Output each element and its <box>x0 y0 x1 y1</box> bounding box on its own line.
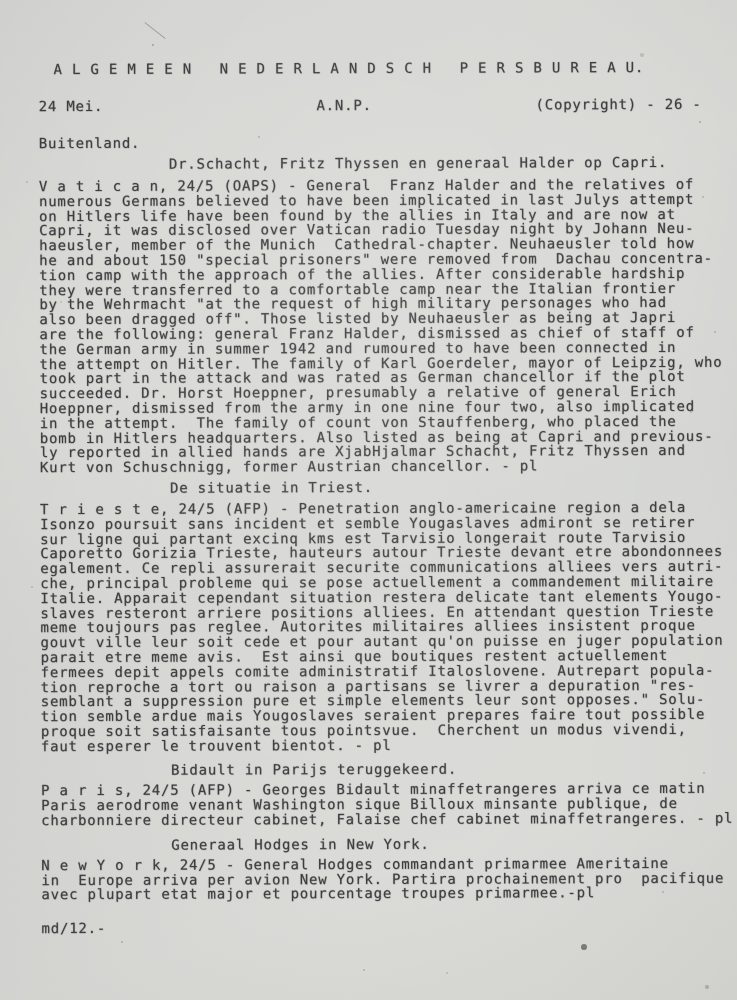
scanned-press-bulletin-page: A L G E M E E N N E D E R L A N D S C H … <box>0 0 737 1000</box>
article-heading: Generaal Hodges in New York. <box>41 837 704 854</box>
article-body: T r i e s t e, 24/5 (AFP) - Penetration … <box>40 501 704 755</box>
article-heading: Bidault in Parijs teruggekeerd. <box>41 762 704 779</box>
dateline-row: 24 Mei. A.N.P. (Copyright) - 26 - <box>39 98 702 115</box>
article-heading: Dr.Schacht, Fritz Thyssen en generaal Ha… <box>39 156 702 173</box>
date-label: 24 Mei. <box>39 99 343 115</box>
typewritten-content: A L G E M E E N N E D E R L A N D S C H … <box>0 0 737 1000</box>
article-bidault: Bidault in Parijs teruggekeerd. P a r i … <box>41 762 704 829</box>
article-body: N e w Y o r k, 24/5 - General Hodges com… <box>41 857 704 904</box>
copyright-page-number: (Copyright) - 26 - <box>398 98 702 114</box>
article-body: V a t i c a n, 24/5 (OAPS) - General Fra… <box>39 178 703 476</box>
article-triest: De situatie in Triest. T r i e s t e, 24… <box>40 480 704 755</box>
article-body: P a r i s, 24/5 (AFP) - Georges Bidault … <box>41 782 704 829</box>
agency-header: A L G E M E E N N E D E R L A N D S C H … <box>38 61 701 78</box>
article-heading: De situatie in Triest. <box>40 480 703 497</box>
typist-initials: md/12.- <box>41 920 704 937</box>
section-label-buitenland: Buitenland. <box>39 135 702 152</box>
agency-initials: A.N.P. <box>316 99 371 114</box>
article-capri: Dr.Schacht, Fritz Thyssen en generaal Ha… <box>39 156 703 476</box>
article-hodges: Generaal Hodges in New York. N e w Y o r… <box>41 837 704 904</box>
